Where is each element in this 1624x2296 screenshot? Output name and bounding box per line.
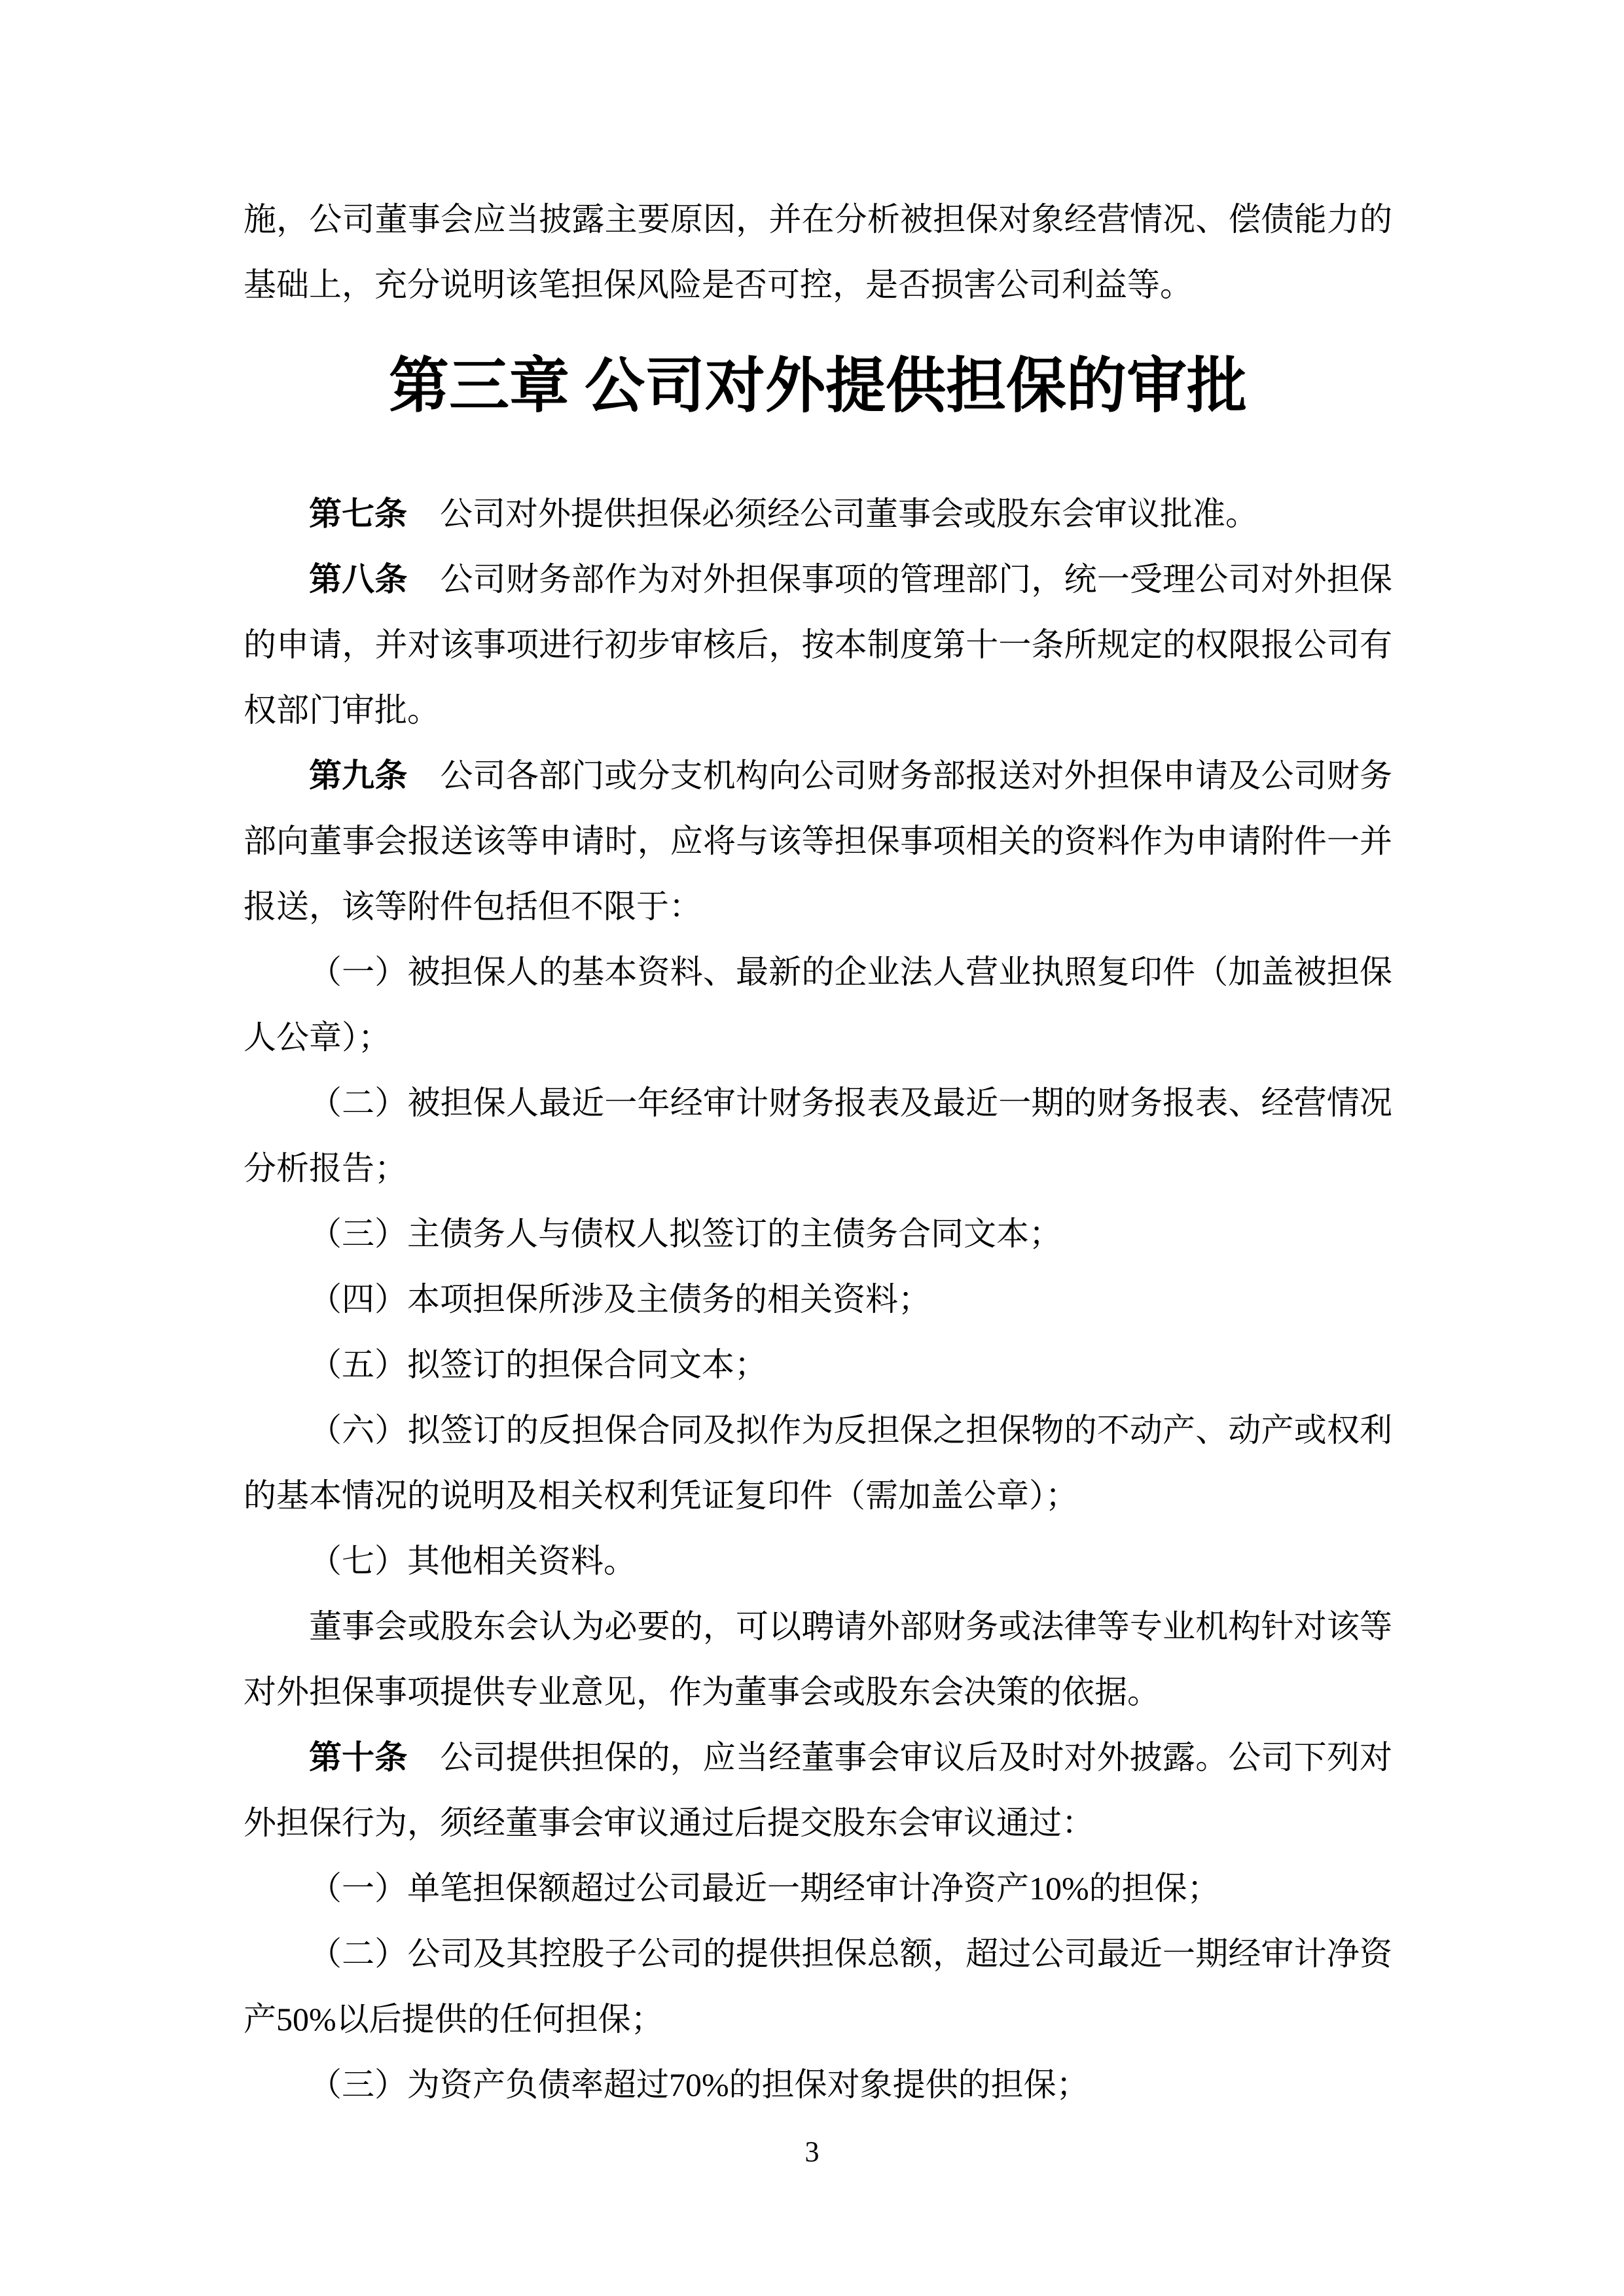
list-item-2: （二）被担保人最近一年经审计财务报表及最近一期的财务报表、经营情况分析报告；: [244, 1070, 1392, 1201]
list-item-6: （六）拟签订的反担保合同及拟作为反担保之担保物的不动产、动产或权利的基本情况的说…: [244, 1397, 1392, 1528]
article-8-number: 第八条: [309, 561, 407, 598]
list-item-3: （三）主债务人与债权人拟签订的主债务合同文本；: [244, 1201, 1392, 1266]
list-item-4: （四）本项担保所涉及主债务的相关资料；: [244, 1266, 1392, 1332]
chapter-heading: 第三章 公司对外提供担保的审批: [244, 337, 1392, 435]
page-number: 3: [805, 2136, 820, 2168]
continuation-paragraph: 施，公司董事会应当披露主要原因，并在分析被担保对象经营情况、偿债能力的基础上，充…: [244, 187, 1392, 317]
article-9-number: 第九条: [309, 757, 407, 794]
article-8-paragraph: 第八条公司财务部作为对外担保事项的管理部门，统一受理公司对外担保的申请，并对该事…: [244, 547, 1392, 743]
article-8-text: 公司财务部作为对外担保事项的管理部门，统一受理公司对外担保的申请，并对该事项进行…: [244, 561, 1392, 728]
board-opinion-paragraph: 董事会或股东会认为必要的，可以聘请外部财务或法律等专业机构针对该等对外担保事项提…: [244, 1594, 1392, 1725]
article-10-text: 公司提供担保的，应当经董事会审议后及时对外披露。公司下列对外担保行为，须经董事会…: [244, 1739, 1392, 1841]
document-body: 施，公司董事会应当披露主要原因，并在分析被担保对象经营情况、偿债能力的基础上，充…: [244, 187, 1392, 2117]
article-10-number: 第十条: [309, 1739, 407, 1776]
page-footer: 3: [0, 2132, 1624, 2172]
approval-item-1: （一）单笔担保额超过公司最近一期经审计净资产10%的担保；: [244, 1856, 1392, 1921]
article-10-paragraph: 第十条公司提供担保的，应当经董事会审议后及时对外披露。公司下列对外担保行为，须经…: [244, 1725, 1392, 1856]
list-item-1: （一）被担保人的基本资料、最新的企业法人营业执照复印件（加盖被担保人公章）；: [244, 939, 1392, 1070]
article-7-paragraph: 第七条公司对外提供担保必须经公司董事会或股东会审议批准。: [244, 481, 1392, 547]
article-7-text: 公司对外提供担保必须经公司董事会或股东会审议批准。: [440, 495, 1258, 532]
article-9-paragraph: 第九条公司各部门或分支机构向公司财务部报送对外担保申请及公司财务部向董事会报送该…: [244, 743, 1392, 939]
article-9-text: 公司各部门或分支机构向公司财务部报送对外担保申请及公司财务部向董事会报送该等申请…: [244, 757, 1392, 925]
article-7-number: 第七条: [309, 495, 407, 532]
approval-item-2: （二）公司及其控股子公司的提供担保总额，超过公司最近一期经审计净资产50%以后提…: [244, 1921, 1392, 2052]
list-item-5: （五）拟签订的担保合同文本；: [244, 1332, 1392, 1397]
document-page: 施，公司董事会应当披露主要原因，并在分析被担保对象经营情况、偿债能力的基础上，充…: [0, 0, 1624, 2296]
list-item-7: （七）其他相关资料。: [244, 1528, 1392, 1594]
approval-item-3: （三）为资产负债率超过70%的担保对象提供的担保；: [244, 2052, 1392, 2117]
